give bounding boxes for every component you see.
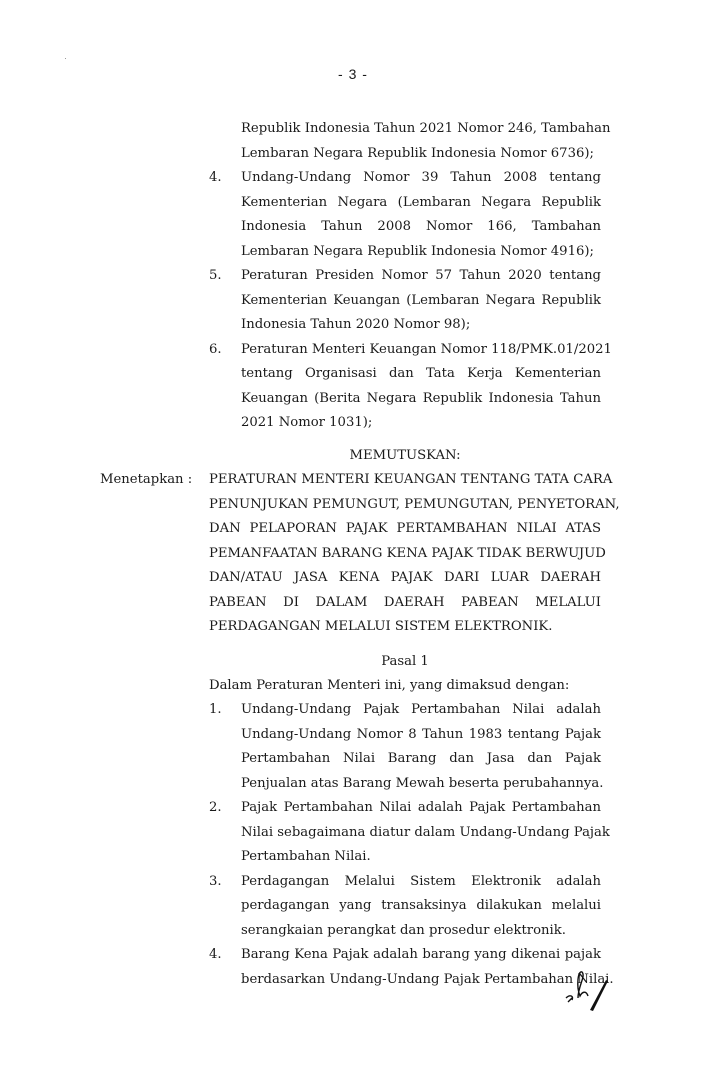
definition-item-text: serangkaian perangkat dan prosedur elekt… <box>241 919 601 943</box>
mengingat-item-text: Lembaran Negara Republik Indonesia Nomor… <box>241 240 601 264</box>
definition-item-text: perdagangan yang transaksinya dilakukan … <box>241 894 601 918</box>
mengingat-item-text: Undang-Undang Nomor 39 Tahun 2008 tentan… <box>241 166 601 190</box>
mengingat-item-text: Peraturan Presiden Nomor 57 Tahun 2020 t… <box>241 264 601 288</box>
mengingat-item-number: 5. <box>209 264 222 288</box>
page-number: - 3 - <box>0 66 706 82</box>
signature-initials-icon <box>560 968 620 1022</box>
definition-item-number: 4. <box>209 943 222 967</box>
mengingat-item-text: Indonesia Tahun 2020 Nomor 98); <box>241 313 601 337</box>
definition-item-text: Perdagangan Melalui Sistem Elektronik ad… <box>241 870 601 894</box>
definition-item-number: 2. <box>209 796 222 820</box>
menetapkan-title-line: DAN PELAPORAN PAJAK PERTAMBAHAN NILAI AT… <box>209 517 601 541</box>
definition-item-text: Barang Kena Pajak adalah barang yang dik… <box>241 943 601 967</box>
definition-item-number: 3. <box>209 870 222 894</box>
definition-item-text: Pertambahan Nilai. <box>241 845 601 869</box>
menetapkan-title-line: PERATURAN MENTERI KEUANGAN TENTANG TATA … <box>209 468 601 492</box>
menetapkan-title-line: PERDAGANGAN MELALUI SISTEM ELEKTRONIK. <box>209 615 601 639</box>
pasal-heading: Pasal 1 <box>209 650 601 674</box>
mengingat-item-text: Kementerian Negara (Lembaran Negara Repu… <box>241 191 601 215</box>
definition-item-text: Undang-Undang Nomor 8 Tahun 1983 tentang… <box>241 723 601 747</box>
scan-speck <box>65 58 66 59</box>
mengingat-continuation: Republik Indonesia Tahun 2021 Nomor 246,… <box>241 117 601 141</box>
definition-item-text: berdasarkan Undang-Undang Pajak Pertamba… <box>241 968 601 992</box>
definition-item-number: 1. <box>209 698 222 722</box>
definition-item-text: Pajak Pertambahan Nilai adalah Pajak Per… <box>241 796 601 820</box>
menetapkan-title-line: PABEAN DI DALAM DAERAH PABEAN MELALUI <box>209 591 601 615</box>
definition-item-text: Undang-Undang Pajak Pertambahan Nilai ad… <box>241 698 601 722</box>
definition-item-text: Penjualan atas Barang Mewah beserta peru… <box>241 772 601 796</box>
memutuskan-heading: MEMUTUSKAN: <box>209 444 601 468</box>
definition-item-text: Nilai sebagaimana diatur dalam Undang-Un… <box>241 821 601 845</box>
mengingat-item-text: 2021 Nomor 1031); <box>241 411 601 435</box>
pasal-intro: Dalam Peraturan Menteri ini, yang dimaks… <box>209 674 601 698</box>
menetapkan-title-line: PENUNJUKAN PEMUNGUT, PEMUNGUTAN, PENYETO… <box>209 493 601 517</box>
mengingat-item-text: tentang Organisasi dan Tata Kerja Kement… <box>241 362 601 386</box>
menetapkan-label: Menetapkan : <box>100 468 192 492</box>
definition-item-text: Pertambahan Nilai Barang dan Jasa dan Pa… <box>241 747 601 771</box>
mengingat-item-number: 4. <box>209 166 222 190</box>
mengingat-item-number: 6. <box>209 338 222 362</box>
menetapkan-title-line: DAN/ATAU JASA KENA PAJAK DARI LUAR DAERA… <box>209 566 601 590</box>
menetapkan-title-line: PEMANFAATAN BARANG KENA PAJAK TIDAK BERW… <box>209 542 601 566</box>
mengingat-item-text: Kementerian Keuangan (Lembaran Negara Re… <box>241 289 601 313</box>
mengingat-item-text: Keuangan (Berita Negara Republik Indones… <box>241 387 601 411</box>
mengingat-item-text: Indonesia Tahun 2008 Nomor 166, Tambahan <box>241 215 601 239</box>
mengingat-item-text: Peraturan Menteri Keuangan Nomor 118/PMK… <box>241 338 601 362</box>
mengingat-continuation: Lembaran Negara Republik Indonesia Nomor… <box>241 142 601 166</box>
